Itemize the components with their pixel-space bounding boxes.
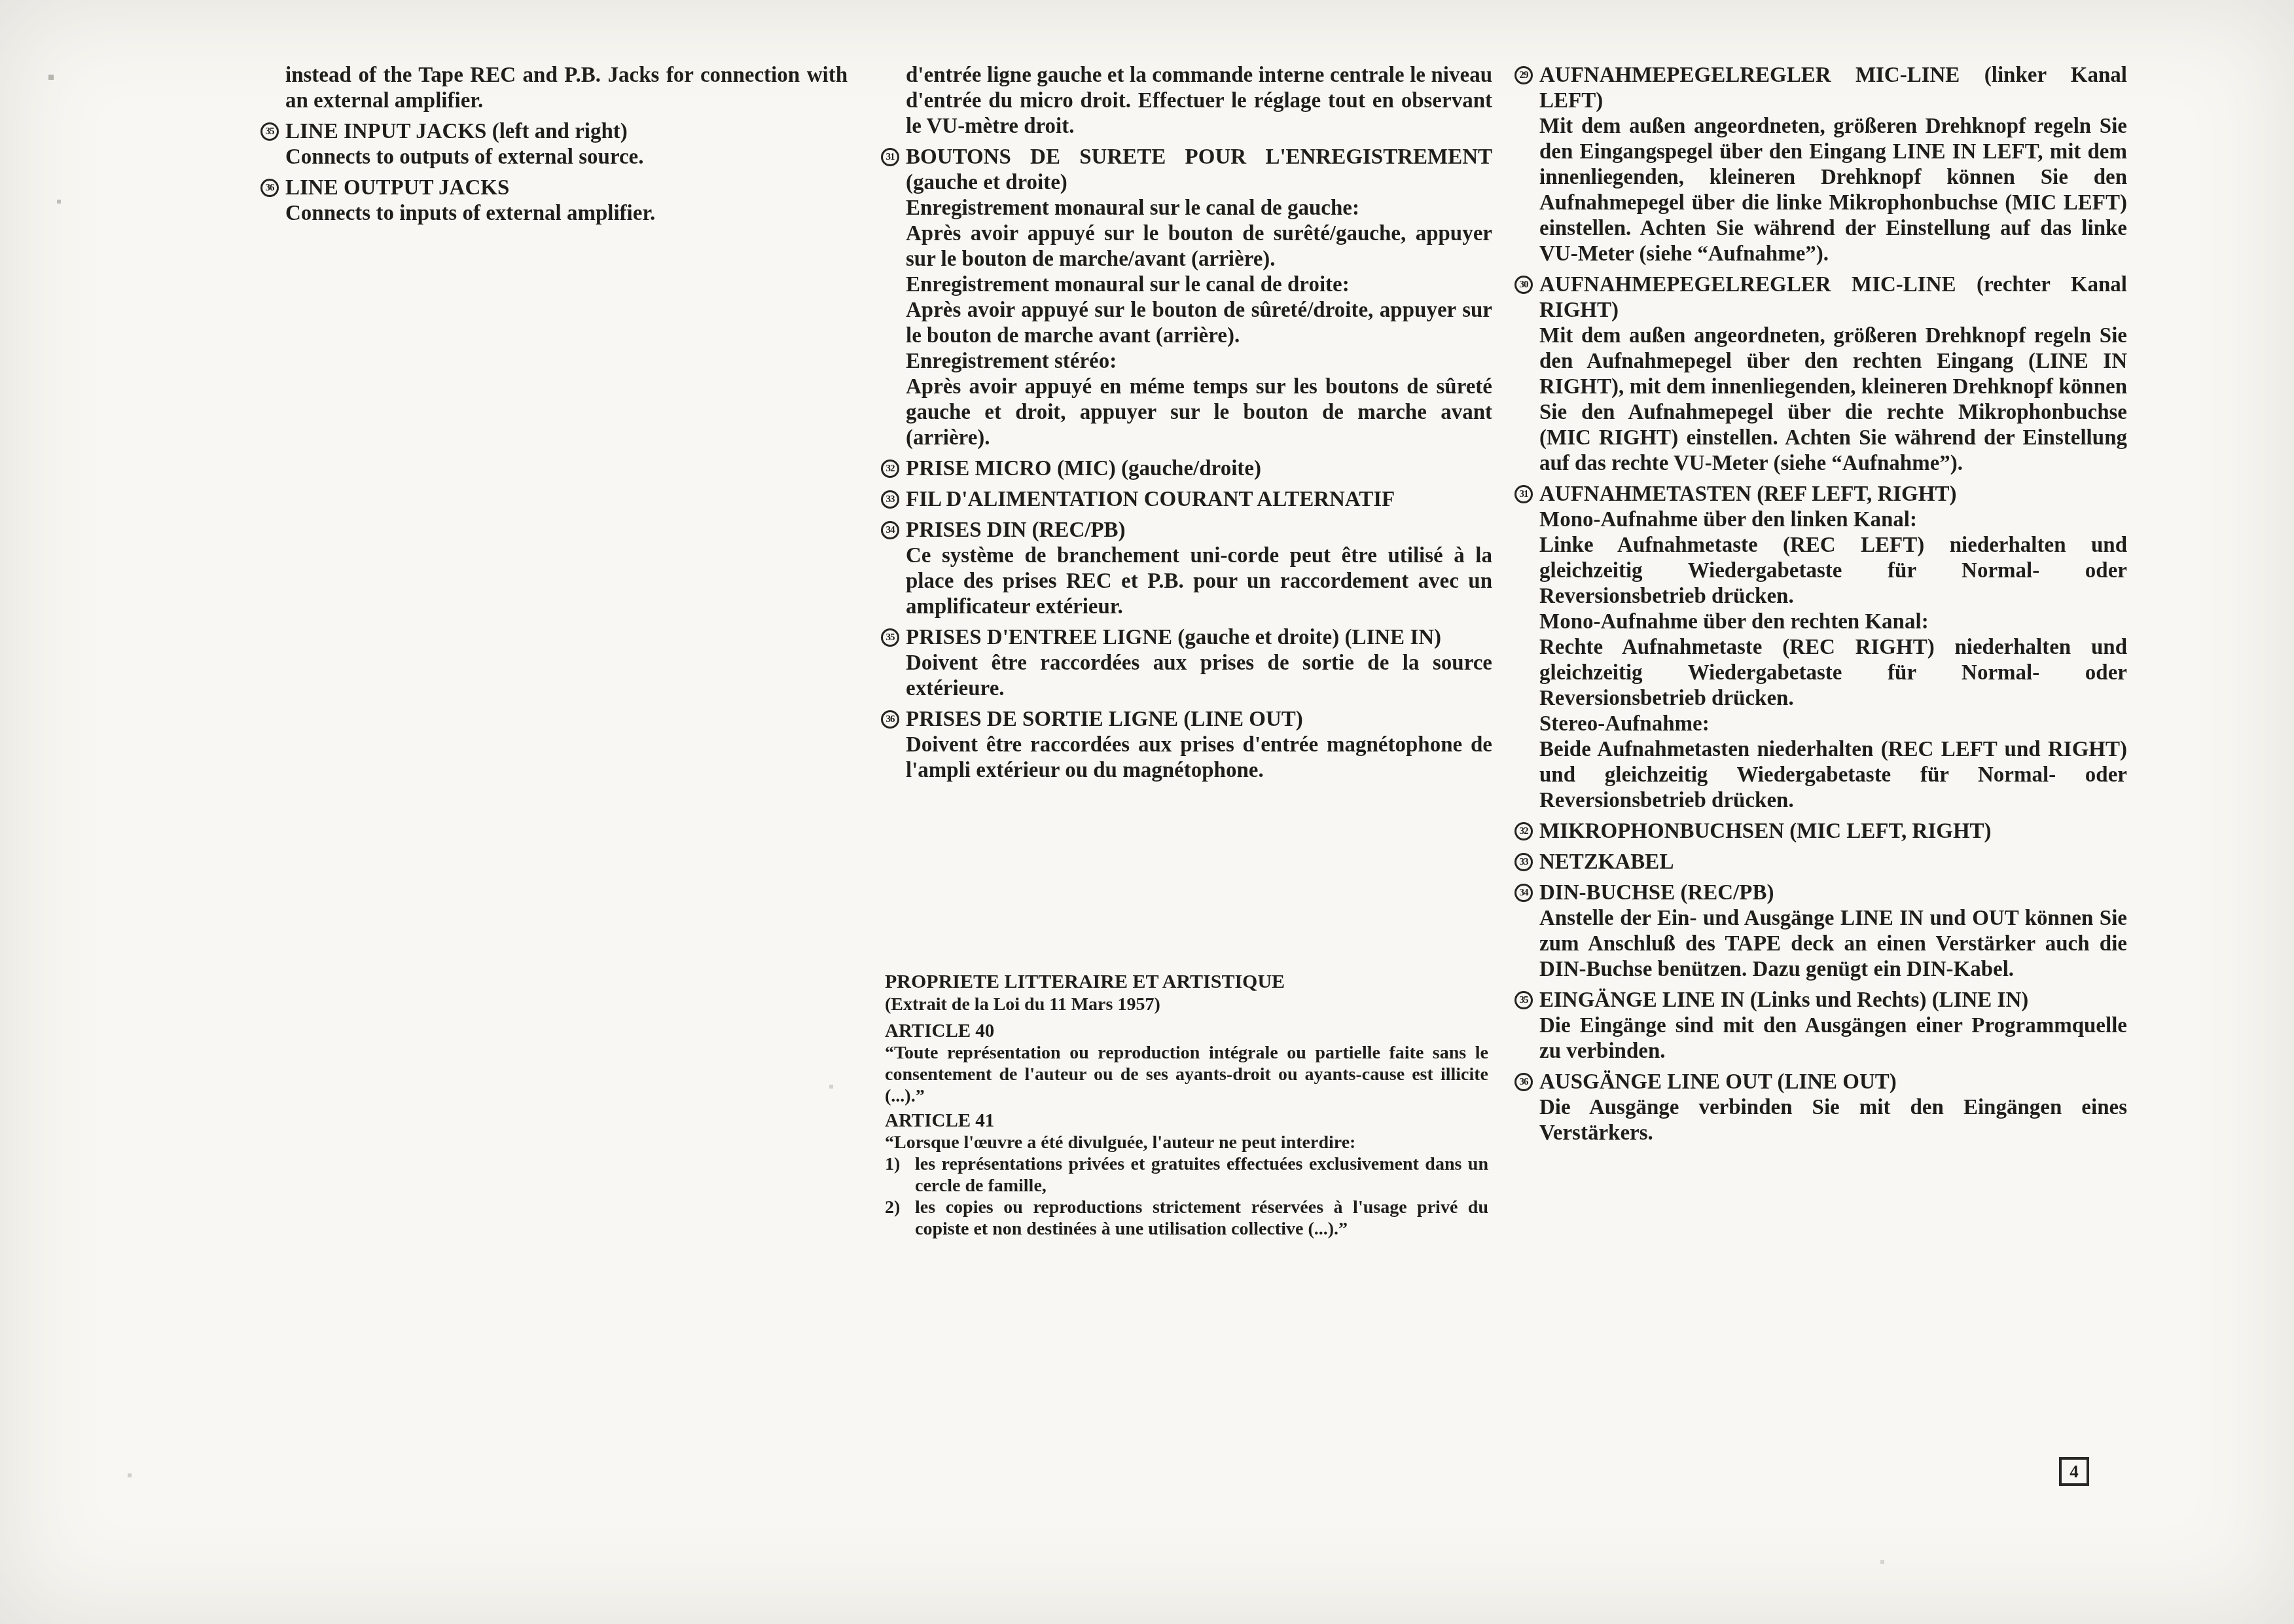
- item-body: Doivent être raccordées aux prises d'ent…: [906, 732, 1492, 784]
- item-title: BOUTONS DE SURETE POUR L'ENREGISTREMENT …: [906, 145, 1492, 196]
- german-item-din-buchse: 34 DIN-BUCHSE (REC/PB) Anstelle der Ein-…: [1539, 880, 2127, 983]
- german-item-mikrophonbuchsen: 32 MIKROPHONBUCHSEN (MIC LEFT, RIGHT): [1539, 819, 2127, 844]
- circled-number-34: 34: [881, 521, 899, 539]
- item-body: Après avoir appuyé sur le bouton de sûre…: [906, 298, 1492, 349]
- item-title: PRISES DIN (REC/PB): [906, 518, 1492, 543]
- item-body: Anstelle der Ein- und Ausgänge LINE IN u…: [1539, 906, 2127, 983]
- item-body: Mit dem außen angeordneten, größeren Dre…: [1539, 114, 2127, 267]
- legal-list-marker: 2): [885, 1197, 900, 1218]
- german-item-aufnahmetasten: 31 AUFNAHMETASTEN (REF LEFT, RIGHT) Mono…: [1539, 482, 2127, 814]
- circled-number-36: 36: [881, 710, 899, 729]
- legal-list-text: les représentations privées et gratuites…: [915, 1153, 1488, 1197]
- item-title: EINGÄNGE LINE IN (Links und Rechts) (LIN…: [1539, 988, 2127, 1013]
- english-item-line-output-jacks: 36 LINE OUTPUT JACKS Connects to inputs …: [285, 175, 848, 226]
- item-body: Linke Aufnahmetaste (REC LEFT) niederhal…: [1539, 533, 2127, 609]
- circled-number-34: 34: [1514, 884, 1533, 902]
- french-item-fil-alimentation: 33 FIL D'ALIMENTATION COURANT ALTERNATIF: [906, 487, 1492, 513]
- item-title: LINE OUTPUT JACKS: [285, 175, 848, 201]
- page-number: 4: [2059, 1457, 2089, 1486]
- legal-article-41-label: ARTICLE 41: [885, 1110, 1488, 1132]
- circled-number-35: 35: [1514, 991, 1533, 1009]
- circled-number-30: 30: [1514, 276, 1533, 294]
- item-body: Après avoir appuyé sur le bouton de surê…: [906, 221, 1492, 272]
- item-body: Die Eingänge sind mit den Ausgängen eine…: [1539, 1013, 2127, 1064]
- item-subheading: Stereo-Aufnahme:: [1539, 712, 2127, 737]
- item-title: NETZKABEL: [1539, 850, 2127, 875]
- legal-list-text: les copies ou reproductions strictement …: [915, 1197, 1488, 1240]
- item-body: Die Ausgänge verbinden Sie mit den Eingä…: [1539, 1095, 2127, 1146]
- circled-number-31: 31: [881, 148, 899, 166]
- column-english: instead of the Tape REC and P.B. Jacks f…: [262, 63, 848, 226]
- french-item-boutons-surete: 31 BOUTONS DE SURETE POUR L'ENREGISTREME…: [906, 145, 1492, 451]
- scanned-manual-page: instead of the Tape REC and P.B. Jacks f…: [0, 0, 2294, 1624]
- item-body: Doivent être raccordées aux prises de so…: [906, 651, 1492, 702]
- item-title: AUFNAHMEPEGELREGLER MIC-LINE (linker Kan…: [1539, 63, 2127, 114]
- legal-section: PROPRIETE LITTERAIRE ET ARTISTIQUE (Extr…: [885, 970, 1488, 1240]
- item-body: Après avoir appuyé en méme temps sur les…: [906, 374, 1492, 451]
- legal-article-41-text: “Lorsque l'œuvre a été divulguée, l'aute…: [885, 1132, 1488, 1153]
- legal-list-item: 2) les copies ou reproductions stricteme…: [885, 1197, 1488, 1240]
- german-item-eingaenge-line-in: 35 EINGÄNGE LINE IN (Links und Rechts) (…: [1539, 988, 2127, 1064]
- item-title: DIN-BUCHSE (REC/PB): [1539, 880, 2127, 906]
- item-title: AUSGÄNGE LINE OUT (LINE OUT): [1539, 1070, 2127, 1095]
- column-german: 29 AUFNAHMEPEGELREGLER MIC-LINE (linker …: [1516, 63, 2127, 1146]
- english-item-line-input-jacks: 35 LINE INPUT JACKS (left and right) Con…: [285, 119, 848, 170]
- french-item-prise-micro: 32 PRISE MICRO (MIC) (gauche/droite): [906, 456, 1492, 482]
- legal-article-40-label: ARTICLE 40: [885, 1020, 1488, 1042]
- item-title: LINE INPUT JACKS (left and right): [285, 119, 848, 145]
- circled-number-35: 35: [260, 122, 279, 141]
- item-subheading: Mono-Aufnahme über den linken Kanal:: [1539, 507, 2127, 533]
- circled-number-36: 36: [260, 179, 279, 197]
- column-french: d'entrée ligne gauche et la commande int…: [882, 63, 1492, 784]
- french-item-prises-sortie-ligne: 36 PRISES DE SORTIE LIGNE (LINE OUT) Doi…: [906, 707, 1492, 784]
- legal-subtitle: (Extrait de la Loi du 11 Mars 1957): [885, 994, 1488, 1015]
- item-title: AUFNAHMETASTEN (REF LEFT, RIGHT): [1539, 482, 2127, 507]
- english-intro: instead of the Tape REC and P.B. Jacks f…: [285, 63, 848, 114]
- circled-number-29: 29: [1514, 66, 1533, 84]
- circled-number-33: 33: [881, 490, 899, 509]
- item-body: Rechte Aufnahmetaste (REC RIGHT) niederh…: [1539, 635, 2127, 712]
- item-subheading: Mono-Aufnahme über den rechten Kanal:: [1539, 609, 2127, 635]
- item-title: AUFNAHMEPEGELREGLER MIC-LINE (rechter Ka…: [1539, 272, 2127, 323]
- item-subheading: Enregistrement stéréo:: [906, 349, 1492, 374]
- french-item-prises-din: 34 PRISES DIN (REC/PB) Ce système de bra…: [906, 518, 1492, 620]
- german-item-pegelregler-left: 29 AUFNAHMEPEGELREGLER MIC-LINE (linker …: [1539, 63, 2127, 267]
- french-intro: d'entrée ligne gauche et la commande int…: [906, 63, 1492, 139]
- german-item-pegelregler-right: 30 AUFNAHMEPEGELREGLER MIC-LINE (rechter…: [1539, 272, 2127, 477]
- german-item-ausgaenge-line-out: 36 AUSGÄNGE LINE OUT (LINE OUT) Die Ausg…: [1539, 1070, 2127, 1146]
- item-title: FIL D'ALIMENTATION COURANT ALTERNATIF: [906, 487, 1492, 513]
- german-item-netzkabel: 33 NETZKABEL: [1539, 850, 2127, 875]
- scan-noise: [0, 0, 3, 3]
- page-number-value: 4: [2070, 1462, 2079, 1481]
- legal-article-40-text: “Toute représentation ou reproduction in…: [885, 1042, 1488, 1107]
- circled-number-33: 33: [1514, 853, 1533, 871]
- circled-number-32: 32: [881, 460, 899, 478]
- item-title: PRISES DE SORTIE LIGNE (LINE OUT): [906, 707, 1492, 732]
- item-subheading: Enregistrement monaural sur le canal de …: [906, 196, 1492, 221]
- french-item-prises-entree-ligne: 35 PRISES D'ENTREE LIGNE (gauche et droi…: [906, 625, 1492, 702]
- item-title: MIKROPHONBUCHSEN (MIC LEFT, RIGHT): [1539, 819, 2127, 844]
- item-title: PRISES D'ENTREE LIGNE (gauche et droite)…: [906, 625, 1492, 651]
- item-subheading: Enregistrement monaural sur le canal de …: [906, 272, 1492, 298]
- item-body: Ce système de branchement uni-corde peut…: [906, 543, 1492, 620]
- circled-number-36: 36: [1514, 1073, 1533, 1091]
- circled-number-32: 32: [1514, 822, 1533, 840]
- circled-number-35: 35: [881, 628, 899, 647]
- circled-number-31: 31: [1514, 485, 1533, 503]
- item-body: Connects to outputs of external source.: [285, 145, 848, 170]
- legal-list-item: 1) les représentations privées et gratui…: [885, 1153, 1488, 1197]
- legal-title: PROPRIETE LITTERAIRE ET ARTISTIQUE: [885, 970, 1488, 994]
- item-title: PRISE MICRO (MIC) (gauche/droite): [906, 456, 1492, 482]
- item-body: Beide Aufnahmetasten niederhalten (REC L…: [1539, 737, 2127, 814]
- item-body: Mit dem außen angeordneten, größeren Dre…: [1539, 323, 2127, 477]
- item-body: Connects to inputs of external amplifier…: [285, 201, 848, 226]
- legal-list-marker: 1): [885, 1153, 900, 1175]
